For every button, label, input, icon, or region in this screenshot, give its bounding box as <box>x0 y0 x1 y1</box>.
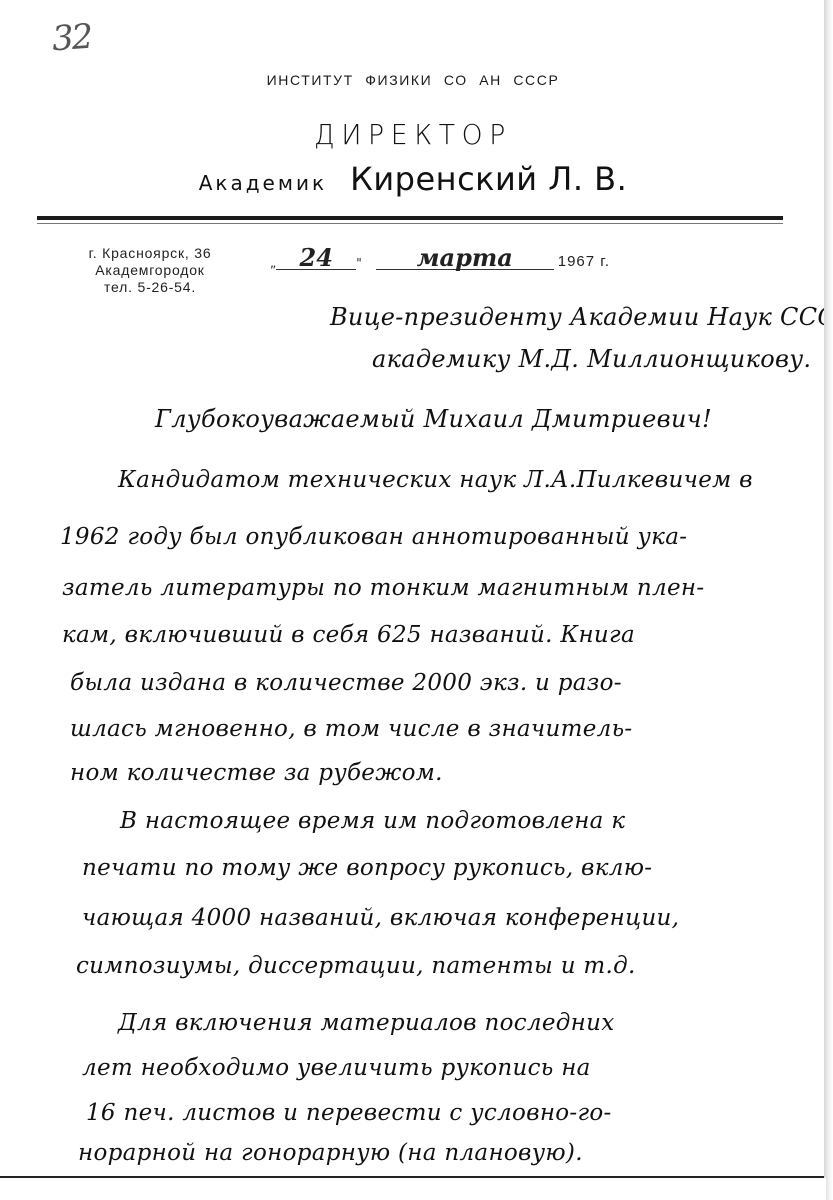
body-line: лет необходимо увеличить рукопись на <box>82 1055 591 1081</box>
page-edge-shadow <box>824 0 833 1200</box>
recipient-line-2: академику М.Д. Миллионщикову. <box>372 345 811 373</box>
letter-date: „24"марта1967 г. <box>270 247 610 270</box>
salutation: Глубокоуважаемый Михаил Дмитриевич! <box>155 405 712 433</box>
body-line: кам, включивший в себя 625 названий. Кни… <box>62 622 635 648</box>
sender-address: г. Красноярск, 36 Академгородок тел. 5-2… <box>50 245 250 296</box>
letterhead-rule-thin <box>37 223 783 224</box>
body-line: чающая 4000 названий, включая конференци… <box>82 905 679 931</box>
institute-name: ИНСТИТУТ ФИЗИКИ СО АН СССР <box>0 72 826 88</box>
date-day: 24 <box>276 247 356 270</box>
body-line: шлась мгновенно, в том числе в значитель… <box>70 716 633 742</box>
body-line: Кандидатом технических наук Л.А.Пилкевич… <box>118 467 753 493</box>
body-line: норарной на гонорарную (на плановую). <box>78 1140 583 1166</box>
date-close-quote: " <box>356 256 362 270</box>
body-line: В настоящее время им подготовлена к <box>120 808 625 834</box>
letterhead-rule <box>37 216 783 220</box>
body-line: Для включения материалов последних <box>118 1010 614 1036</box>
body-line: 16 печ. листов и перевести с условно-го- <box>86 1100 612 1126</box>
scan-background <box>0 1178 826 1200</box>
address-line: Академгородок <box>50 262 250 279</box>
address-line: тел. 5-26-54. <box>50 279 250 296</box>
director-rank: Академик <box>199 171 327 195</box>
address-line: г. Красноярск, 36 <box>50 245 250 262</box>
body-line: затель литературы по тонким магнитным пл… <box>62 575 704 601</box>
letter-page: 32 ИНСТИТУТ ФИЗИКИ СО АН СССР ДИРЕКТОР А… <box>0 0 826 1178</box>
date-year: 1967 г. <box>558 253 610 270</box>
body-line: ном количестве за рубежом. <box>70 760 443 786</box>
director-name: Киренский Л. В. <box>350 160 627 198</box>
director-line: Академик Киренский Л. В. <box>0 160 826 198</box>
letterhead-title: ДИРЕКТОР <box>21 118 806 151</box>
body-line: печати по тому же вопросу рукопись, вклю… <box>82 855 652 881</box>
date-month: марта <box>376 247 554 270</box>
archive-page-number: 32 <box>51 17 93 60</box>
body-line: симпозиумы, диссертации, патенты и т.д. <box>76 953 636 979</box>
body-line: 1962 году был опубликован аннотированный… <box>60 524 687 550</box>
body-line: была издана в количестве 2000 экз. и раз… <box>70 670 622 696</box>
recipient-line-1: Вице-президенту Академии Наук СССР <box>330 303 833 331</box>
